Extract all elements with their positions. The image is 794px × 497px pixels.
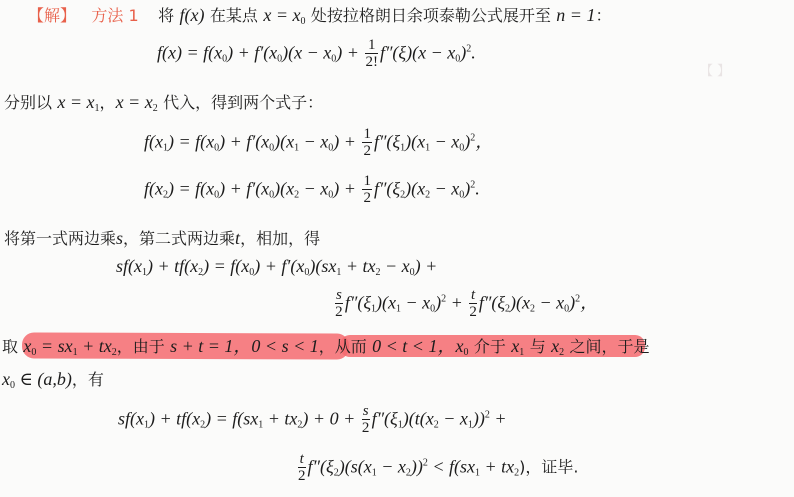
solution-header-line: 【解】 方法 1 将 f(x) 在某点 x = x0 处按拉格朗日余项泰勒公式展… [28,4,611,33]
text: ： [595,6,611,25]
equation-final-line1: sf(x1) + tf(x2) = f(sx1 + tx2) + 0 + s2f… [118,404,507,437]
math: x = x0 [263,5,305,25]
equation-final-line2: t2f″(ξ2)(s(x1 − x2))2 < f(sx1 + tx2)，证毕. [296,452,578,485]
text: 处按拉格朗日余项泰勒公式展开至 [311,6,551,25]
equation-sum-line1: sf(x1) + tf(x2) = f(x0) + f′(x0)(sx1 + t… [116,255,437,284]
method-label: 方法 1 [91,6,138,25]
bleed-through-mark: 【 】 [700,60,730,79]
text: 将 [158,6,174,25]
equation-x1: f(x1) = f(x0) + f′(x0)(x1 − x0) + 12f″(ξ… [144,127,493,160]
equation-x2: f(x2) = f(x0) + f′(x0)(x2 − x0) + 12f″(ξ… [144,174,480,207]
take-x0-text: 取 x0 = sx1 + tx2，由于 s + t = 1，0 < s < 1，… [2,335,650,364]
text: 在某点 [210,6,258,25]
math: n = 1 [556,5,595,25]
x0-in-interval-text: x0 ∈ (a,b)，有 [2,368,104,397]
math: f(x) [180,5,205,25]
substitute-text: 分别以 x = x1，x = x2 代入，得到两个式子： [4,91,323,120]
equation-taylor: f(x) = f(x0) + f′(x0)(x − x0) + 12!f″(ξ)… [157,38,476,71]
equation-sum-line2: s2f″(ξ1)(x1 − x0)2 + t2f″(ξ2)(x2 − x0)2， [333,288,598,321]
multiply-text: 将第一式两边乘s，第二式两边乘t，相加，得 [4,227,320,250]
solution-label: 【解】 [28,6,76,25]
